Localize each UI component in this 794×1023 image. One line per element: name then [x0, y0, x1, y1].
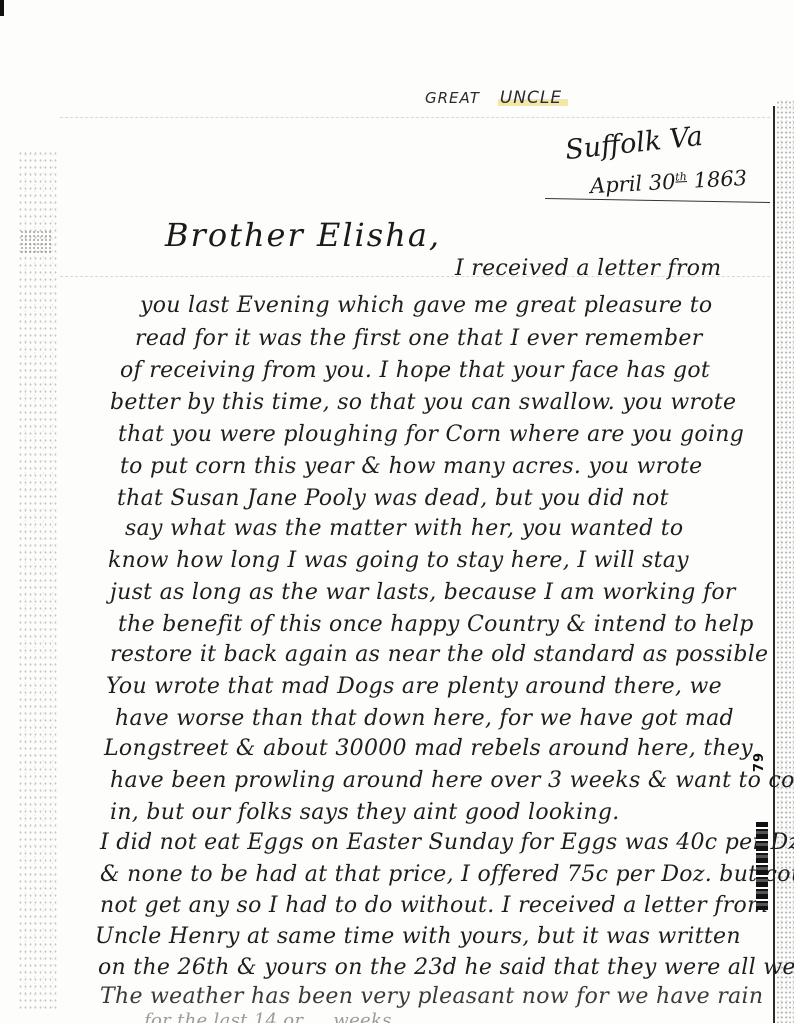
body-line: not get any so I had to do without. I re…: [100, 893, 768, 918]
body-line: have worse than that down here, for we h…: [115, 706, 734, 731]
body-line: I did not eat Eggs on Easter Sunday for …: [100, 830, 794, 855]
body-line: in, but our folks says they aint good lo…: [110, 800, 620, 825]
body-line: & none to be had at that price, I offere…: [100, 862, 794, 887]
record-stamp-marks: [756, 822, 768, 910]
body-line: read for it was the first one that I eve…: [135, 326, 703, 351]
body-line: know how long I was going to stay here, …: [108, 548, 689, 573]
ruled-line: [60, 117, 770, 119]
left-margin-speckle: [18, 150, 58, 1010]
body-line: to put corn this year & how many acres. …: [120, 454, 702, 479]
body-line: have been prowling around here over 3 we…: [110, 768, 794, 793]
letter-salutation: Brother Elisha,: [165, 216, 441, 254]
body-line: better by this time, so that you can swa…: [110, 390, 736, 415]
annotation-word-great: GREAT: [425, 89, 480, 107]
body-line: on the 26th & yours on the 23d he said t…: [98, 955, 794, 980]
body-line: just as long as the war lasts, because I…: [110, 580, 736, 605]
body-line: restore it back again as near the old st…: [110, 642, 768, 667]
date-year: 1863: [693, 166, 748, 193]
left-margin-smudge: [20, 230, 52, 255]
body-line: of receiving from you. I hope that your …: [120, 358, 710, 383]
body-line: I received a letter from: [455, 256, 721, 281]
annotation-great-uncle: GREATUNCLE: [425, 88, 568, 108]
date-day: April 30: [589, 170, 676, 198]
scan-corner-mark: [0, 0, 4, 16]
date-underline: [545, 198, 770, 203]
record-stamp-number: 79: [752, 752, 767, 772]
letter-place: Suffolk Va: [564, 121, 704, 166]
scanned-letter-page: GREATUNCLE Suffolk Va April 30th 1863 Br…: [0, 0, 794, 1023]
body-line: you last Evening which gave me great ple…: [140, 293, 712, 318]
body-line: that Susan Jane Pooly was dead, but you …: [117, 486, 669, 511]
body-line: the benefit of this once happy Country &…: [118, 612, 754, 637]
body-line-faded: ... for the last 14 or ... weeks ...: [120, 1010, 416, 1023]
date-suffix: th: [675, 170, 687, 184]
letter-date: April 30th 1863: [589, 166, 747, 198]
body-line: Uncle Henry at same time with yours, but…: [95, 924, 741, 949]
body-line: that you were ploughing for Corn where a…: [118, 422, 744, 447]
body-line: say what was the matter with her, you wa…: [125, 516, 683, 541]
body-line: Longstreet & about 30000 mad rebels arou…: [104, 736, 753, 761]
body-line: The weather has been very pleasant now f…: [100, 984, 763, 1009]
body-line: You wrote that mad Dogs are plenty aroun…: [106, 674, 722, 699]
annotation-word-uncle: UNCLE: [498, 88, 568, 108]
